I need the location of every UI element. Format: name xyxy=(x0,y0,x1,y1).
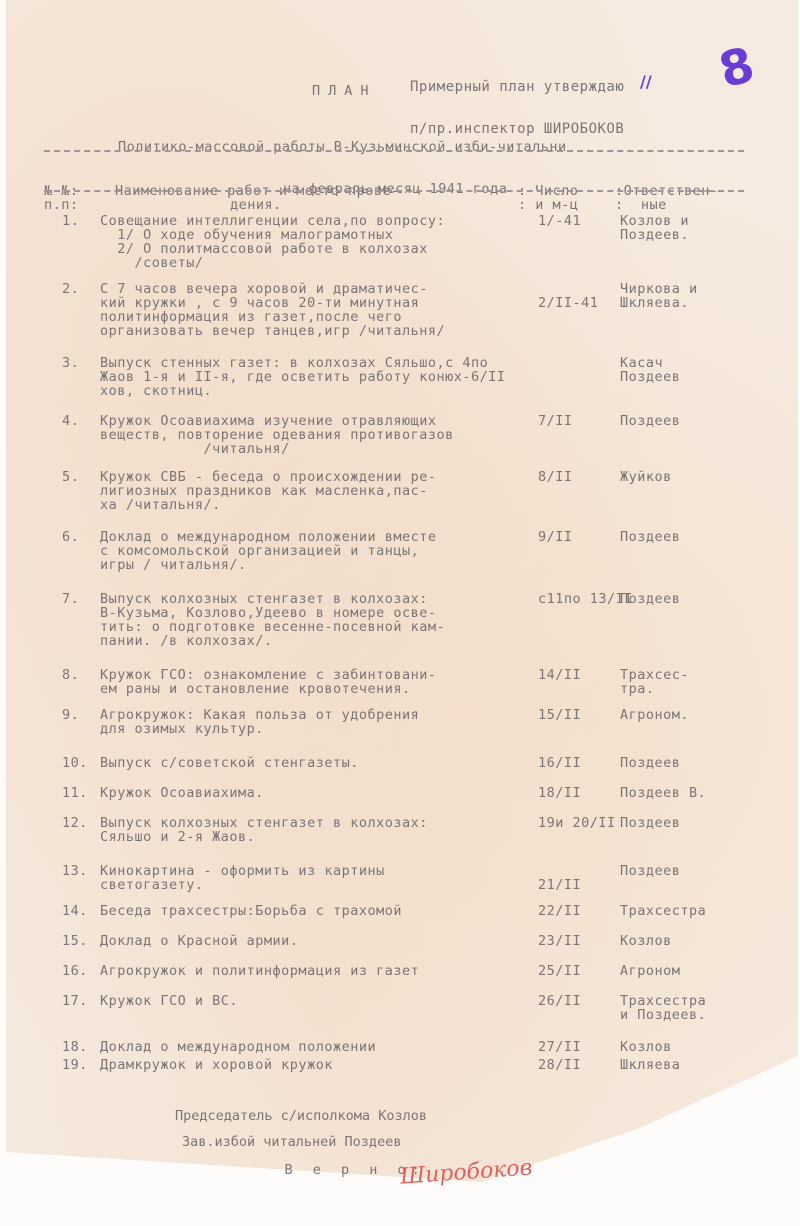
item-responsible: Жуйков xyxy=(620,470,672,484)
item-description: Выпуск колхозных стенгазет в колхозах: В… xyxy=(100,592,445,648)
item-description: Агрокружок и политинформация из газет xyxy=(100,964,419,978)
item-description: Беседа трахсестры:Борьба с трахомой xyxy=(100,904,402,918)
item-date: с11по 13/II xyxy=(538,592,633,606)
item-description: Доклад о международном положении xyxy=(100,1040,376,1054)
item-number: 11. xyxy=(62,786,88,800)
item-number: 9. xyxy=(62,708,79,722)
item-number: 10. xyxy=(62,756,88,770)
item-responsible: Поздеев xyxy=(620,530,680,544)
item-date: 14/II xyxy=(538,668,581,682)
item-description: Выпуск стенных газет: в колхозах Сяльшо,… xyxy=(100,356,506,398)
item-number: 6. xyxy=(62,530,79,544)
item-number: 15. xyxy=(62,934,88,948)
item-responsible: Агроном xyxy=(620,964,680,978)
item-number: 7. xyxy=(62,592,79,606)
item-date: 23/II xyxy=(538,934,581,948)
item-description: Кружок ГСО: ознакомление с забинтовани- … xyxy=(100,668,436,696)
item-description: Совещание интеллигенции села,по вопросу:… xyxy=(100,214,445,270)
item-description: Кружок Осоавиахима изучение отравляющих … xyxy=(100,414,454,456)
item-number: 12. xyxy=(62,816,88,830)
item-date: 28/II xyxy=(538,1058,581,1072)
item-description: Выпуск с/советской стенгазеты. xyxy=(100,756,359,770)
item-date: 21/II xyxy=(538,878,581,892)
item-date: 8/II xyxy=(538,470,573,484)
item-number: 4. xyxy=(62,414,79,428)
item-responsible: Чиркова и Шкляева. xyxy=(620,282,698,310)
item-date: 2/II-41 xyxy=(538,296,598,310)
item-description: Агрокружок: Какая польза от удобрения дл… xyxy=(100,708,419,736)
item-responsible: Агроном. xyxy=(620,708,689,722)
item-number: 5. xyxy=(62,470,79,484)
item-description: Кружок СВБ - беседа о происхождении ре- … xyxy=(100,470,436,512)
item-date: 15/II xyxy=(538,708,581,722)
item-number: 14. xyxy=(62,904,88,918)
item-date: 16/II xyxy=(538,756,581,770)
page-title: ПЛАН xyxy=(312,84,377,98)
signature-chairman: Председатель с/исполкома Козлов xyxy=(175,1108,427,1124)
item-responsible: Трахсестра и Поздеев. xyxy=(620,994,706,1022)
item-description: С 7 часов вечера хоровой и драматичес- к… xyxy=(100,282,445,338)
item-responsible: Козлов и Поздеев. xyxy=(620,214,689,242)
item-number: 18. xyxy=(62,1040,88,1054)
item-date: 25/II xyxy=(538,964,581,978)
item-responsible: Трахсес- тра. xyxy=(620,668,689,696)
item-description: Кинокартина - оформить из картины светог… xyxy=(100,864,385,892)
item-date: 26/II xyxy=(538,994,581,1008)
item-number: 2. xyxy=(62,282,79,296)
divider xyxy=(44,150,744,152)
item-responsible: Поздеев В. xyxy=(620,786,706,800)
item-date: 7/II xyxy=(538,414,573,428)
certified-label: В е р н о: xyxy=(228,1162,426,1178)
item-date: 27/II xyxy=(538,1040,581,1054)
item-description: Драмкружок и хоровой кружок xyxy=(100,1058,333,1072)
item-date: 9/II xyxy=(538,530,573,544)
signature-reading-room: Зав.избой читальней Поздеев xyxy=(182,1134,401,1150)
item-description: Кружок ГСО и ВС. xyxy=(100,994,238,1008)
item-responsible: Козлов xyxy=(620,934,672,948)
item-date: 18/II xyxy=(538,786,581,800)
violet-initials-mark: // xyxy=(640,72,652,91)
item-number: 19. xyxy=(62,1058,88,1072)
item-responsible: Козлов xyxy=(620,1040,672,1054)
item-description: Доклад о Красной армии. xyxy=(100,934,298,948)
approval-line: Примерный план утверждаю xyxy=(410,80,624,94)
item-responsible: Поздеев xyxy=(620,592,680,606)
item-number: 1. xyxy=(62,214,79,228)
item-responsible: Шкляева xyxy=(620,1058,680,1072)
item-date: 22/II xyxy=(538,904,581,918)
item-number: 16. xyxy=(62,964,88,978)
item-description: Кружок Осоавиахима. xyxy=(100,786,264,800)
item-number: 8. xyxy=(62,668,79,682)
item-number: 17. xyxy=(62,994,88,1008)
item-date: 1/-41 xyxy=(538,214,581,228)
item-number: 3. xyxy=(62,356,79,370)
item-responsible: Поздеев xyxy=(620,756,680,770)
item-number: 13. xyxy=(62,864,88,878)
item-responsible: Касач Поздеев xyxy=(620,356,680,384)
item-responsible: Трахсестра xyxy=(620,904,706,918)
item-responsible: Поздеев xyxy=(620,864,680,878)
item-description: Доклад о международном положении вместе … xyxy=(100,530,436,572)
item-responsible: Поздеев xyxy=(620,414,680,428)
item-description: Выпуск колхозных стенгазет в колхозах: С… xyxy=(100,816,428,844)
item-date: 19и 20/II xyxy=(538,816,616,830)
divider xyxy=(44,190,744,192)
item-responsible: Поздеев xyxy=(620,816,680,830)
